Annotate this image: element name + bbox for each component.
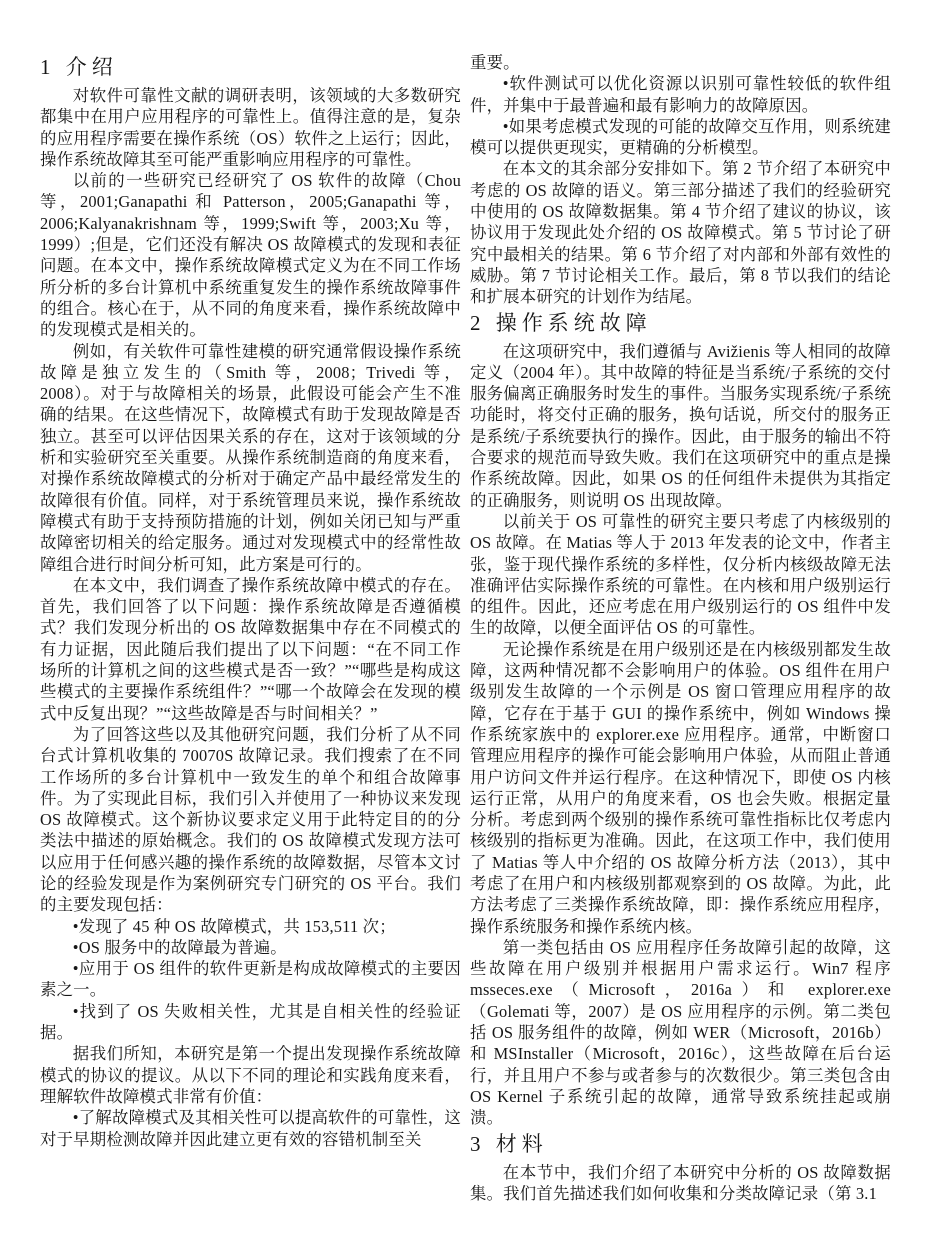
bullet-item: •OS 服务中的故障最为普遍。 [40,937,461,958]
section-heading-introduction: 1 介绍 [40,53,461,82]
bullet-item: •应用于 OS 组件的软件更新是构成故障模式的主要因素之一。 [40,958,461,1001]
paper-page: 1 介绍 对软件可靠性文献的调研表明，该领域的大多数研究都集中在用户应用程序的可… [0,0,926,1235]
section-heading-os-failures: 2 操作系统故障 [470,309,891,338]
paragraph: 在本文中，我们调查了操作系统故障中模式的存在。首先，我们回答了以下问题：操作系统… [40,575,461,724]
right-column: 重要。 •软件测试可以优化资源以识别可靠性较低的软件组件，并集中于最普遍和最有影… [470,52,891,1217]
bullet-item: •找到了 OS 失败相关性，尤其是自相关性的经验证据。 [40,1001,461,1044]
paragraph: 以前的一些研究已经研究了 OS 软件的故障（Chou 等，2001;Ganapa… [40,170,461,340]
paragraph: 据我们所知，本研究是第一个提出发现操作系统故障模式的协议的提议。从以下不同的理论… [40,1043,461,1107]
paragraph: 例如，有关软件可靠性建模的研究通常假设操作系统故障是独立发生的（Smith 等，… [40,341,461,575]
bullet-item: •如果考虑模式发现的可能的故障交互作用，则系统建模可以提供更现实，更精确的分析模… [470,116,891,159]
paragraph: 为了回答这些以及其他研究问题，我们分析了从不同台式计算机收集的 70070S 故… [40,724,461,916]
bullet-item: •软件测试可以优化资源以识别可靠性较低的软件组件，并集中于最普遍和最有影响力的故… [470,73,891,116]
bullet-item: •了解故障模式及其相关性可以提高软件的可靠性，这对于早期检测故障并因此建立更有效… [40,1107,461,1150]
paragraph: 第一类包括由 OS 应用程序任务故障引起的故障，这些故障在用户级别并根据用户需求… [470,937,891,1129]
left-column: 1 介绍 对软件可靠性文献的调研表明，该领域的大多数研究都集中在用户应用程序的可… [40,52,461,1217]
section-heading-materials: 3 材料 [470,1130,891,1159]
bullet-item: •发现了 45 种 OS 故障模式，共 153,511 次； [40,916,461,937]
paragraph: 在本节中，我们介绍了本研究中分析的 OS 故障数据集。我们首先描述我们如何收集和… [470,1162,891,1205]
paragraph: 对软件可靠性文献的调研表明，该领域的大多数研究都集中在用户应用程序的可靠性上。值… [40,85,461,170]
paragraph: 以前关于 OS 可靠性的研究主要只考虑了内核级别的 OS 故障。在 Matias… [470,511,891,639]
paragraph-continuation: 重要。 [470,52,891,73]
paragraph: 在这项研究中，我们遵循与 Avižienis 等人相同的故障定义（2004 年）… [470,341,891,511]
paragraph: 在本文的其余部分安排如下。第 2 节介绍了本研究中考虑的 OS 故障的语义。第三… [470,158,891,307]
paragraph: 无论操作系统是在用户级别还是在内核级别都发生故障，这两种情况都不会影响用户的体验… [470,639,891,937]
